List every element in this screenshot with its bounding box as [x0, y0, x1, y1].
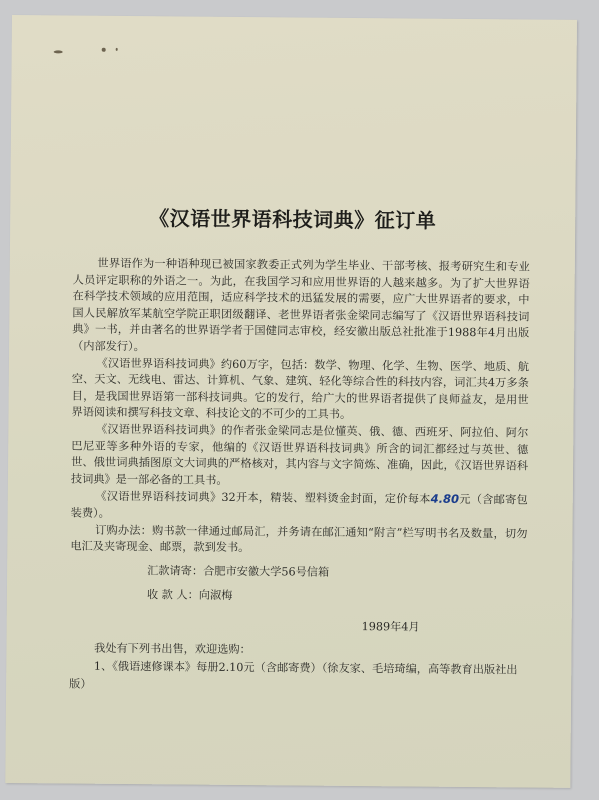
handwritten-price: 4.80: [431, 492, 459, 506]
payee-label: 收 款 人：: [147, 588, 199, 601]
remittance-address: 合肥市安徽大学56号信箱: [203, 565, 329, 579]
order-form-sheet: 《汉语世界语科技词典》征订单 世界语作为一种语种现已被国家教委正式列为学生毕业、…: [5, 15, 577, 788]
remittance-address-line: 汇款请寄：合肥市安徽大学56号信箱: [147, 559, 329, 585]
order-method-paragraph: 订购办法：购书款一律通过邮局汇，并务请在邮汇通知“附言”栏写明书名及数量，切勿电…: [70, 522, 527, 559]
also-selling-list: 我处有下列书出售，欢迎选购： 1、《俄语速修课本》每册2.10元（含邮寄费）（徐…: [69, 640, 526, 698]
payee-line: 收 款 人：向淑梅: [147, 583, 329, 609]
list-item: 1、《俄语速修课本》每册2.10元（含邮寄费）（徐友家、毛培琦编，高等教育出版社…: [69, 658, 526, 698]
remittance-block: 汇款请寄：合肥市安徽大学56号信箱 收 款 人：向淑梅: [147, 559, 329, 609]
payee-name: 向淑梅: [199, 589, 233, 602]
price-paragraph: 《汉语世界语科技词典》32开本，精装、塑料烫金封面，定价每本4.80元（含邮寄包…: [71, 488, 528, 526]
remittance-address-label: 汇款请寄：: [147, 564, 203, 577]
contents-paragraph: 《汉语世界语科技词典》约60万字，包括：数学、物理、化学、生物、医学、地质、航空…: [71, 355, 529, 425]
intro-paragraph: 世界语作为一种语种现已被国家教委正式列为学生毕业、干部考核、报考研究生和专业人员…: [72, 256, 530, 360]
price-text-before: 《汉语世界语科技词典》32开本，精装、塑料烫金封面，定价每本: [95, 490, 430, 506]
paper-stain: [54, 50, 63, 53]
author-paragraph: 《汉语世界语科技词典》的作者张金梁同志是位懂英、俄、德、西班牙、阿拉伯、阿尔巴尼…: [71, 421, 529, 491]
document-date: 1989年4月: [362, 618, 420, 635]
document-title: 《汉语世界语科技词典》征订单: [10, 201, 575, 235]
paper-stain: [116, 48, 118, 51]
paper-stain: [102, 48, 106, 52]
document-body: 世界语作为一种语种现已被国家教委正式列为学生毕业、干部考核、报考研究生和专业人员…: [70, 256, 530, 560]
